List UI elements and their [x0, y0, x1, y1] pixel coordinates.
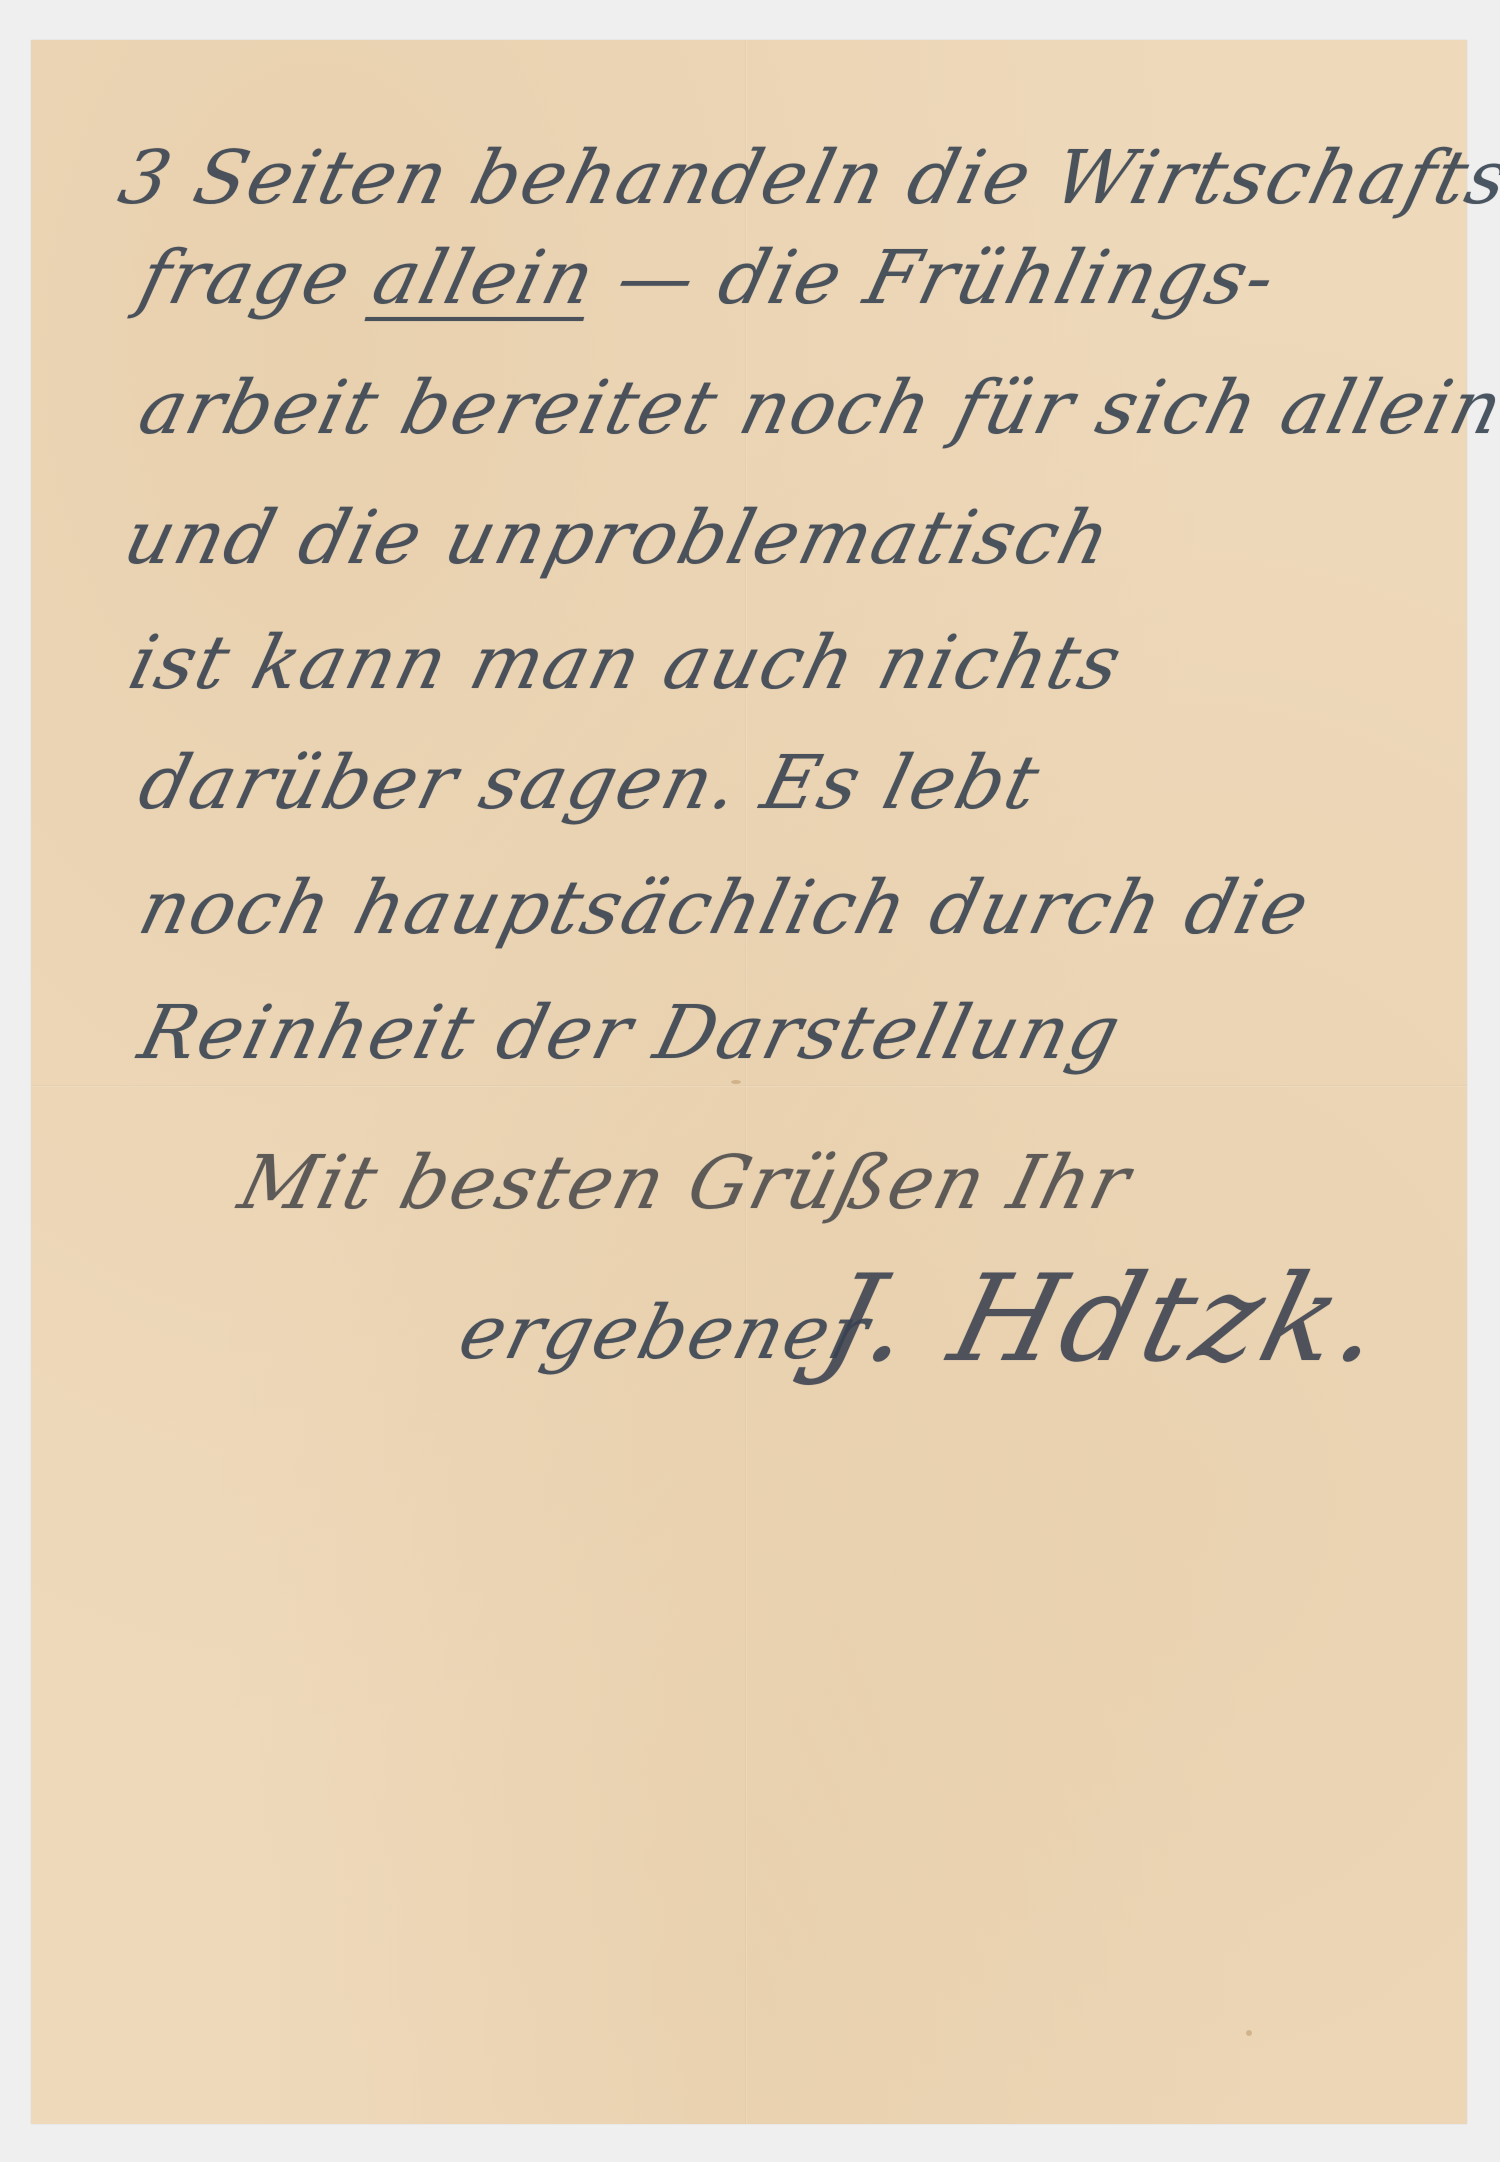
vertical-fold-line [745, 40, 747, 2124]
paper-stain [731, 1080, 741, 1084]
letter-sheet: 3 Seiten behandeln die Wirtschafts- frag… [31, 40, 1467, 2124]
letter-line-7: noch hauptsächlich durch die [131, 865, 1319, 951]
letter-line-3: arbeit bereitet noch für sich allein [131, 365, 1500, 451]
horizontal-fold-line [31, 1085, 1467, 1087]
underlined-word: allein [365, 235, 605, 321]
closing-valediction: ergebener [451, 1290, 879, 1376]
letter-line-8: Reinheit der Darstellung [131, 990, 1130, 1076]
letter-line-1: 3 Seiten behandeln die Wirtschafts- [111, 135, 1500, 221]
signature: J. Hdtzk. [811, 1250, 1401, 1389]
letter-line-4: und die unproblematisch [116, 495, 1120, 581]
letter-line-2-start: frage [131, 235, 386, 321]
letter-line-6: darüber sagen. Es lebt [131, 740, 1049, 826]
letter-line-2: frage allein — die Frühlings- [131, 235, 1285, 321]
letter-line-5: ist kann man auch nichts [121, 620, 1131, 706]
paper-stain [1246, 2030, 1252, 2036]
closing-greeting: Mit besten Grüßen Ihr [231, 1140, 1140, 1226]
letter-line-2-end: — die Frühlings- [583, 235, 1285, 321]
